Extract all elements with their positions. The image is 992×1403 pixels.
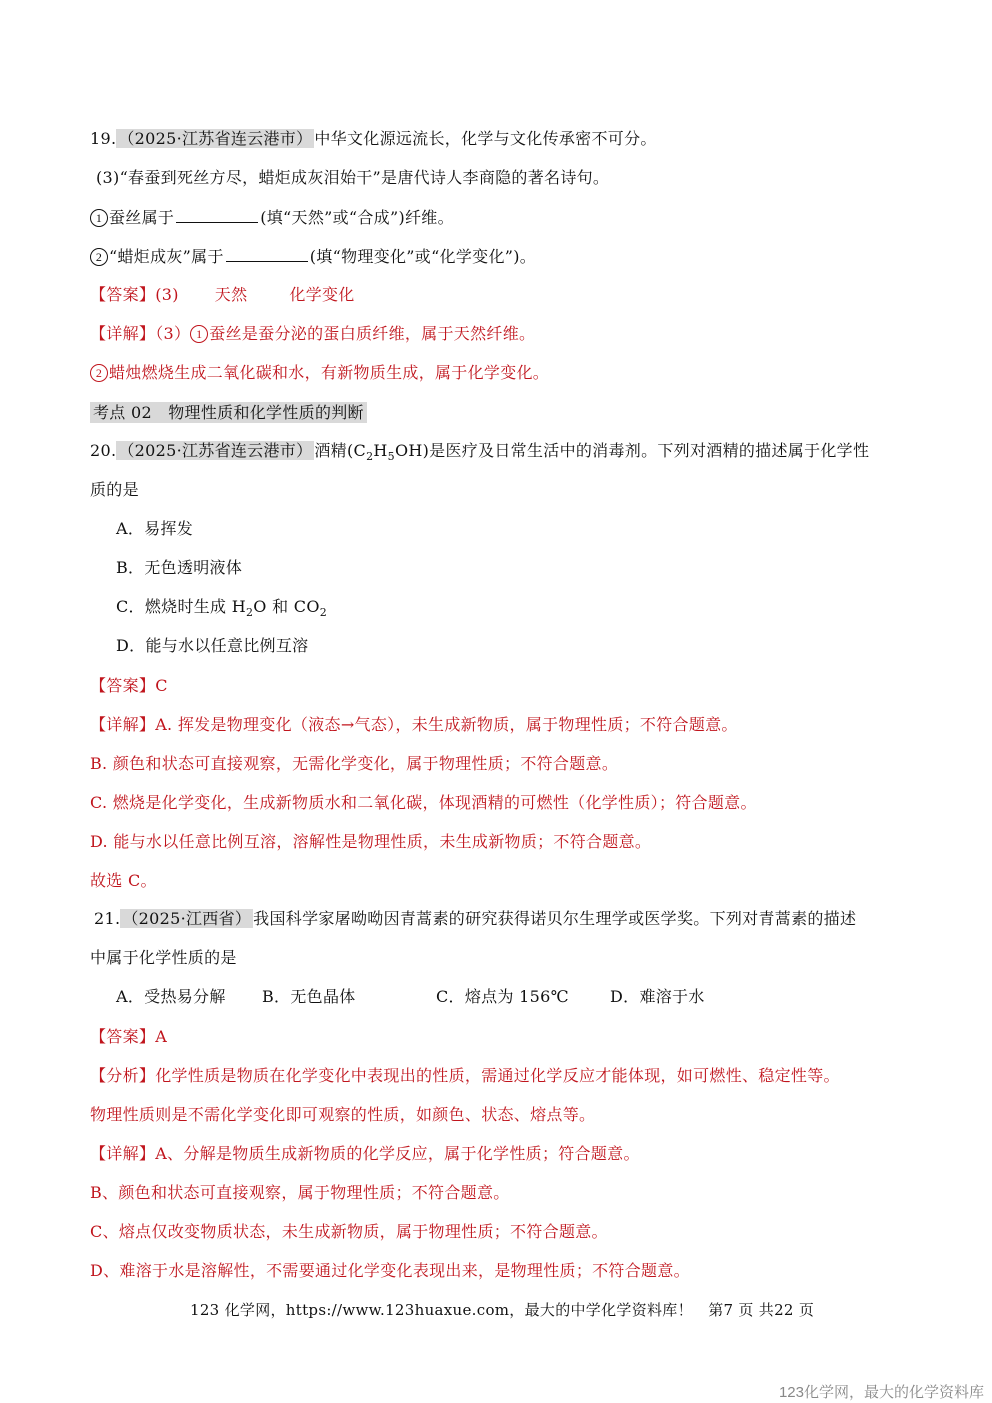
item-text: (填“物理变化”或“化学变化”)。 [310, 247, 536, 266]
detail-text: 蚕丝是蚕分泌的蛋白质纤维，属于天然纤维。 [209, 324, 535, 343]
circled-number: 1 [90, 209, 108, 227]
answer-value: C [155, 676, 168, 695]
q20-stem-line: 20.（2025·江苏省连云港市）酒精(C2H5OH)是医疗及日常生活中的消毒剂… [90, 440, 869, 462]
q20-detail-a: 【详解】A. 挥发是物理变化（液态→气态），未生成新物质，属于物理性质；不符合题… [90, 714, 738, 736]
option-text: 熔点为 156℃ [465, 987, 569, 1006]
q20-option-a: A．易挥发 [116, 518, 193, 540]
item-text: “蜡炬成灰”属于 [109, 247, 224, 266]
q20-conclusion: 故选 C。 [90, 870, 157, 892]
question-source: （2025·江苏省连云港市） [116, 441, 314, 460]
analysis-tag: 【分析】 [90, 1066, 155, 1085]
q20-detail-d: D. 能与水以任意比例互溶，溶解性是物理性质，未生成新物质；不符合题意。 [90, 831, 651, 853]
detail-tag: 【详解】 [90, 715, 155, 734]
option-text: 无色透明液体 [144, 558, 242, 577]
detail-part: （3） [155, 324, 190, 343]
q21-detail-a: 【详解】A、分解是物质生成新物质的化学反应，属于化学性质；符合题意。 [90, 1143, 640, 1165]
detail-text: A. 挥发是物理变化（液态→气态），未生成新物质，属于物理性质；不符合题意。 [155, 715, 738, 734]
question-number: 19. [90, 129, 116, 148]
question-source: （2025·江西省） [120, 909, 253, 928]
option-label: C． [436, 987, 465, 1006]
option-label: D． [116, 636, 145, 655]
answer-value: A [155, 1027, 167, 1046]
answer-part: (3) [155, 285, 179, 304]
option-label: C． [116, 597, 145, 616]
q20-answer: 【答案】C [90, 675, 168, 697]
option-text: 燃烧时生成 H [145, 597, 246, 616]
q19-item-1: 1蚕丝属于(填“天然”或“合成”)纤维。 [90, 206, 454, 229]
answer-tag: 【答案】 [90, 285, 155, 304]
option-label: B． [116, 558, 144, 577]
option-text: O 和 CO [253, 597, 319, 616]
q21-option-b: B．无色晶体 [262, 986, 356, 1008]
answer-tag: 【答案】 [90, 676, 155, 695]
q21-detail-c: C、熔点仅改变物质状态，未生成新物质，属于物理性质；不符合题意。 [90, 1221, 608, 1243]
option-text: 受热易分解 [144, 987, 226, 1006]
question-number: 21. [94, 909, 120, 928]
question-number: 20. [90, 441, 116, 460]
circled-number: 2 [90, 364, 108, 382]
answer-value: 化学变化 [289, 285, 354, 304]
option-label: B． [262, 987, 290, 1006]
q21-answer: 【答案】A [90, 1026, 167, 1048]
option-text: 难溶于水 [639, 987, 704, 1006]
option-label: D． [610, 987, 639, 1006]
option-label: A． [116, 987, 144, 1006]
item-text: 蚕丝属于 [109, 208, 174, 227]
stem-text: H [373, 441, 387, 460]
answer-blank [176, 206, 258, 223]
stem-text: OH)是医疗及日常生活中的消毒剂。下列对酒精的描述属于化学性 [395, 441, 869, 460]
answer-blank [226, 245, 308, 262]
q20-stem-line-2: 质的是 [90, 479, 139, 501]
watermark: 123化学网，最大的化学资料库 [779, 1381, 984, 1402]
section-heading: 考点 02 物理性质和化学性质的判断 [90, 402, 367, 424]
q20-detail-c: C. 燃烧是化学变化，生成新物质水和二氧化碳，体现酒精的可燃性（化学性质）；符合… [90, 792, 757, 814]
section-title: 考点 02 物理性质和化学性质的判断 [90, 402, 367, 423]
detail-tag: 【详解】 [90, 324, 155, 343]
answer-value: 天然 [215, 285, 248, 304]
question-stem: 中华文化源远流长，化学与文化传承密不可分。 [314, 129, 656, 148]
q19-stem-line: 19.（2025·江苏省连云港市）中华文化源远流长，化学与文化传承密不可分。 [90, 128, 657, 150]
option-text: 无色晶体 [290, 987, 355, 1006]
q19-item-2: 2“蜡炬成灰”属于(填“物理变化”或“化学变化”)。 [90, 245, 536, 268]
q19-detail-2: 2蜡烛燃烧生成二氧化碳和水，有新物质生成，属于化学变化。 [90, 362, 549, 384]
option-label: A． [116, 519, 144, 538]
stem-text: 酒精(C [314, 441, 366, 460]
q21-detail-b: B、颜色和状态可直接观察，属于物理性质；不符合题意。 [90, 1182, 510, 1204]
detail-text: 蜡烛燃烧生成二氧化碳和水，有新物质生成，属于化学变化。 [109, 363, 549, 382]
q20-option-c: C．燃烧时生成 H2O 和 CO2 [116, 596, 327, 618]
answer-tag: 【答案】 [90, 1027, 155, 1046]
subscript: 2 [320, 606, 327, 619]
circled-number: 2 [90, 248, 108, 266]
q21-stem-line-2: 中属于化学性质的是 [90, 947, 237, 969]
q19-answer: 【答案】(3)天然化学变化 [90, 284, 355, 306]
detail-text: A、分解是物质生成新物质的化学反应，属于化学性质；符合题意。 [155, 1144, 640, 1163]
q19-detail-1: 【详解】（3）1蚕丝是蚕分泌的蛋白质纤维，属于天然纤维。 [90, 323, 535, 345]
q20-detail-b: B. 颜色和状态可直接观察，无需化学变化，属于物理性质；不符合题意。 [90, 753, 618, 775]
q20-option-b: B．无色透明液体 [116, 557, 242, 579]
detail-tag: 【详解】 [90, 1144, 155, 1163]
option-text: 易挥发 [144, 519, 193, 538]
q21-option-d: D．难溶于水 [610, 986, 705, 1008]
q19-subquestion: (3)“春蚕到死丝方尽，蜡炬成灰泪始干”是唐代诗人李商隐的著名诗句。 [96, 167, 609, 189]
subscript: 5 [388, 450, 395, 463]
page-footer: 123 化学网，https://www.123huaxue.com，最大的中学化… [190, 1299, 814, 1321]
stem-text: 我国科学家屠呦呦因青蒿素的研究获得诺贝尔生理学或医学奖。下列对青蒿素的描述 [253, 909, 856, 928]
q21-option-a: A．受热易分解 [116, 986, 226, 1008]
analysis-text: 化学性质是物质在化学变化中表现出的性质，需通过化学反应才能体现，如可燃性、稳定性… [155, 1066, 840, 1085]
q21-option-c: C．熔点为 156℃ [436, 986, 569, 1008]
item-text: (填“天然”或“合成”)纤维。 [260, 208, 454, 227]
q21-stem-line: 21.（2025·江西省）我国科学家屠呦呦因青蒿素的研究获得诺贝尔生理学或医学奖… [94, 908, 856, 930]
q21-analysis-2: 物理性质则是不需化学变化即可观察的性质，如颜色、状态、熔点等。 [90, 1104, 595, 1126]
q21-analysis-1: 【分析】化学性质是物质在化学变化中表现出的性质，需通过化学反应才能体现，如可燃性… [90, 1065, 840, 1087]
circled-number: 1 [190, 325, 208, 343]
q20-option-d: D．能与水以任意比例互溶 [116, 635, 308, 657]
option-text: 能与水以任意比例互溶 [145, 636, 308, 655]
question-source: （2025·江苏省连云港市） [116, 129, 314, 148]
q21-detail-d: D、难溶于水是溶解性，不需要通过化学变化表现出来，是物理性质；不符合题意。 [90, 1260, 690, 1282]
